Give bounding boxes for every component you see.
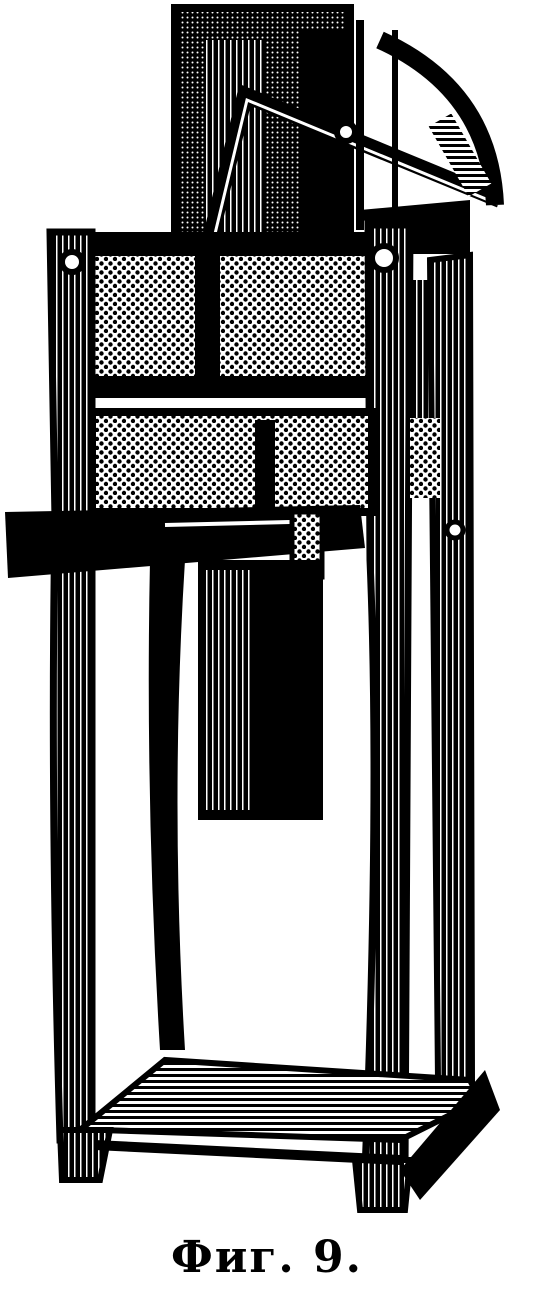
frame-base (60, 1060, 500, 1210)
hanging-weight (198, 560, 323, 820)
engraving-illustration (0, 0, 534, 1220)
figure-caption: Фиг. 9. (0, 1232, 534, 1283)
